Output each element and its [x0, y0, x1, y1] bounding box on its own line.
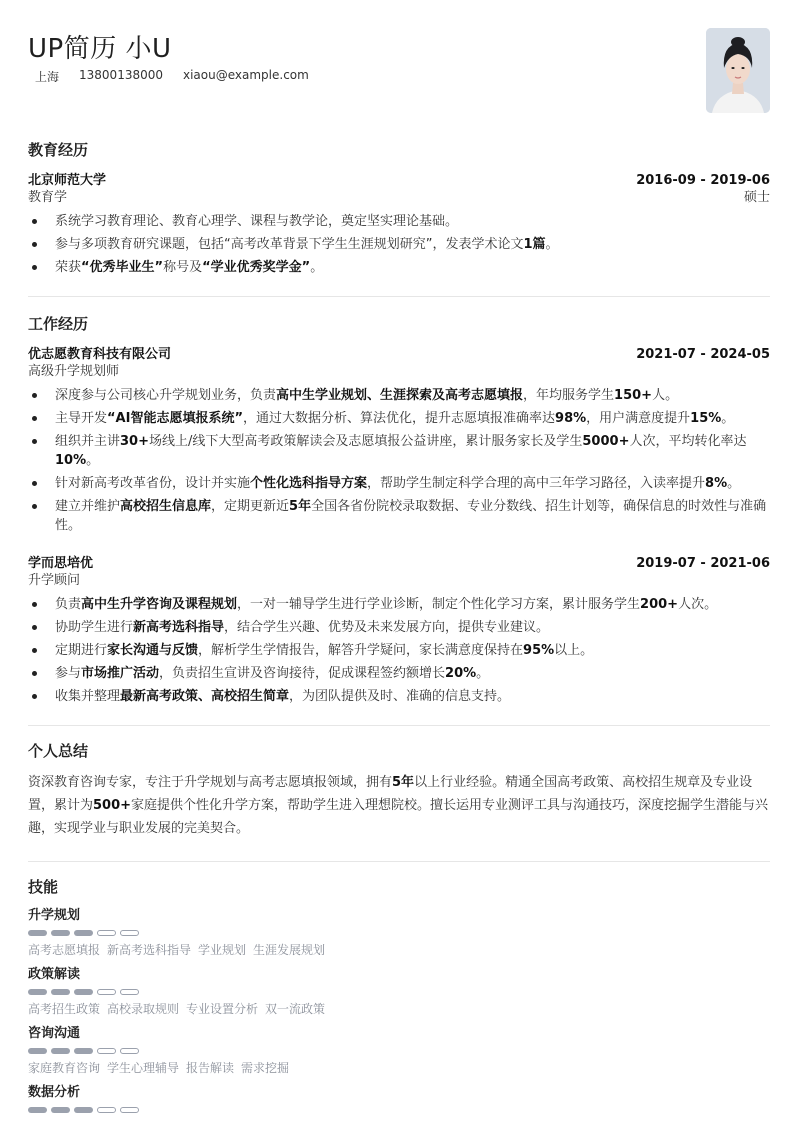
skill-tag: 生涯发展规划	[253, 942, 325, 958]
level-pill-filled	[28, 930, 47, 936]
email: xiaou@example.com	[183, 68, 309, 85]
bold-text: 家长沟通与反馈	[107, 643, 198, 658]
bullet-item: 荣获“优秀毕业生”称号及“学业优秀奖学金”。	[28, 258, 770, 277]
skill-tag: 家庭教育咨询	[28, 1060, 100, 1076]
level-pill-filled	[28, 989, 47, 995]
bold-text: 30+	[120, 434, 149, 449]
section-title-skills: 技能	[28, 875, 770, 899]
bold-text: 10%	[55, 453, 86, 468]
bold-text: 5年	[392, 775, 414, 790]
text-run: ，负责招生宣讲及咨询接待，促成课程签约额增长	[159, 666, 445, 681]
entry-header: 北京师范大学2016-09 - 2019-06	[28, 172, 770, 189]
divider	[28, 725, 770, 726]
level-pill-filled	[51, 1107, 70, 1113]
date-range: 2021-07 - 2024-05	[636, 346, 770, 363]
level-pill-empty	[97, 1107, 116, 1113]
bullet-item: 收集并整理最新高考政策、高校招生简章，为团队提供及时、准确的信息支持。	[28, 687, 770, 706]
level-pill-filled	[51, 930, 70, 936]
bullet-list: 系统学习教育理论、教育心理学、课程与教学论，奠定坚实理论基础。参与多项教育研究课…	[28, 212, 770, 277]
skill-item: 政策解读高考招生政策高校录取规则专业设置分析双一流政策	[28, 966, 770, 1017]
skill-name: 升学规划	[28, 907, 770, 925]
bullet-item: 协助学生进行新高考选科指导，结合学生兴趣、优势及未来发展方向，提供专业建议。	[28, 618, 770, 637]
bold-text: “AI智能志愿填报系统”	[107, 411, 243, 426]
summary-section: 个人总结 资深教育咨询专家，专注于升学规划与高考志愿填报领域，拥有5年以上行业经…	[28, 739, 770, 840]
text-run: 负责	[55, 597, 81, 612]
bold-text: 最新高考政策、高校招生简章	[120, 689, 289, 704]
level-pill-empty	[97, 1048, 116, 1054]
job-title-label: 升学顾问	[28, 573, 80, 588]
level-pill-filled	[74, 989, 93, 995]
divider	[28, 861, 770, 862]
section-title-summary: 个人总结	[28, 739, 770, 763]
bold-text: 5000+	[582, 434, 629, 449]
text-run: 称号及	[163, 260, 202, 275]
level-pill-filled	[51, 989, 70, 995]
bullet-item: 主导开发“AI智能志愿填报系统”，通过大数据分析、算法优化，提升志愿填报准确率达…	[28, 409, 770, 428]
text-run: ，年均服务学生	[523, 388, 614, 403]
text-run: 参与	[55, 666, 81, 681]
entry-header: 优志愿教育科技有限公司2021-07 - 2024-05	[28, 346, 770, 363]
major: 教育学硕士	[28, 189, 770, 206]
level-pill-filled	[28, 1107, 47, 1113]
text-run: ，一对一辅导学生进行学业诊断，制定个性化学习方案，累计服务学生	[237, 597, 640, 612]
work-section: 工作经历 优志愿教育科技有限公司2021-07 - 2024-05高级升学规划师…	[28, 312, 770, 706]
skill-item: 升学规划高考志愿填报新高考选科指导学业规划生涯发展规划	[28, 907, 770, 958]
text-run: ，为团队提供及时、准确的信息支持。	[289, 689, 510, 704]
skill-level-bar	[28, 989, 770, 995]
skill-tag: 高考招生政策	[28, 1001, 100, 1017]
level-pill-empty	[97, 930, 116, 936]
date-range: 2016-09 - 2019-06	[636, 172, 770, 189]
summary-text: 资深教育咨询专家，专注于升学规划与高考志愿填报领域，拥有5年以上行业经验。精通全…	[28, 771, 770, 840]
text-run: 荣获	[55, 260, 81, 275]
bold-text: 15%	[690, 411, 721, 426]
skill-level-bar	[28, 1048, 770, 1054]
bold-text: 市场推广活动	[81, 666, 159, 681]
level-pill-filled	[74, 930, 93, 936]
level-pill-filled	[74, 1048, 93, 1054]
bold-text: 高中生升学咨询及课程规划	[81, 597, 237, 612]
education-entry: 北京师范大学2016-09 - 2019-06教育学硕士系统学习教育理论、教育心…	[28, 172, 770, 277]
skill-tag: 新高考选科指导	[107, 942, 191, 958]
text-run: 家庭提供个性化升学方案，帮助学生进入理想院校。擅长运用专业测评工具与沟通技巧，深…	[28, 798, 768, 836]
skill-tag: 学生心理辅导	[107, 1060, 179, 1076]
bullet-item: 参与市场推广活动，负责招生宣讲及咨询接待，促成课程签约额增长20%。	[28, 664, 770, 683]
bold-text: 200+	[640, 597, 678, 612]
skill-tag: 报告解读	[186, 1060, 234, 1076]
entry-header: 学而思培优2019-07 - 2021-06	[28, 555, 770, 572]
resume-page: UP简历 小U 上海 13800138000 xiaou@example.com…	[28, 0, 770, 1113]
text-run: 建立并维护	[55, 499, 120, 514]
level-pill-empty	[120, 1048, 139, 1054]
text-run: 协助学生进行	[55, 620, 133, 635]
text-run: 深度参与公司核心升学规划业务，负责	[55, 388, 276, 403]
bold-text: 150+	[614, 388, 652, 403]
text-run: 。	[476, 666, 489, 681]
level-pill-empty	[120, 1107, 139, 1113]
skill-item: 咨询沟通家庭教育咨询学生心理辅导报告解读需求挖掘	[28, 1025, 770, 1076]
resume-header: UP简历 小U 上海 13800138000 xiaou@example.com	[28, 0, 770, 130]
text-run: 系统学习教育理论、教育心理学、课程与教学论，奠定坚实理论基础。	[55, 214, 458, 229]
skill-tags: 高考志愿填报新高考选科指导学业规划生涯发展规划	[28, 942, 770, 958]
level-pill-empty	[120, 930, 139, 936]
text-run: ，帮助学生制定科学合理的高中三年学习路径，入读率提升	[367, 476, 705, 491]
bold-text: 20%	[445, 666, 476, 681]
education-section: 教育经历 北京师范大学2016-09 - 2019-06教育学硕士系统学习教育理…	[28, 138, 770, 277]
text-run: 收集并整理	[55, 689, 120, 704]
skill-tag: 高考志愿填报	[28, 942, 100, 958]
skill-tag: 双一流政策	[265, 1001, 325, 1017]
skill-item: 数据分析	[28, 1084, 770, 1113]
level-pill-empty	[120, 989, 139, 995]
bullet-list: 深度参与公司核心升学规划业务，负责高中生学业规划、生涯探索及高考志愿填报，年均服…	[28, 386, 770, 535]
bold-text: 500+	[93, 798, 131, 813]
bullet-item: 定期进行家长沟通与反馈，解析学生学情报告，解答升学疑问，家长满意度保持在95%以…	[28, 641, 770, 660]
bold-text: 高中生学业规划、生涯探索及高考志愿填报	[276, 388, 523, 403]
text-run: 资深教育咨询专家，专注于升学规划与高考志愿填报领域，拥有	[28, 775, 392, 790]
bold-text: 1篇	[523, 237, 545, 252]
skill-tag: 专业设置分析	[186, 1001, 258, 1017]
bullet-item: 深度参与公司核心升学规划业务，负责高中生学业规划、生涯探索及高考志愿填报，年均服…	[28, 386, 770, 405]
divider	[28, 296, 770, 297]
bullet-list: 负责高中生升学咨询及课程规划，一对一辅导学生进行学业诊断，制定个性化学习方案，累…	[28, 595, 770, 706]
portrait-icon	[706, 28, 770, 113]
bullet-item: 针对新高考改革省份，设计并实施个性化选科指导方案，帮助学生制定科学合理的高中三年…	[28, 474, 770, 493]
contact-info: 上海 13800138000 xiaou@example.com	[35, 68, 309, 85]
text-run: ，定期更新近	[211, 499, 289, 514]
text-run: 参与多项教育研究课题，包括“高考改革背景下学生生涯规划研究”，发表学术论文	[55, 237, 523, 252]
phone: 13800138000	[79, 68, 163, 85]
section-title-education: 教育经历	[28, 138, 770, 162]
text-run: 。	[727, 476, 740, 491]
text-run: 人次。	[678, 597, 717, 612]
bullet-item: 建立并维护高校招生信息库，定期更新近5年全国各省份院校录取数据、专业分数线、招生…	[28, 497, 770, 535]
bold-text: 95%	[523, 643, 554, 658]
text-run: 。	[546, 237, 559, 252]
location: 上海	[35, 68, 59, 85]
candidate-name: UP简历 小U	[28, 28, 172, 65]
skill-tag: 学业规划	[198, 942, 246, 958]
skill-name: 咨询沟通	[28, 1025, 770, 1043]
bold-text: “学业优秀奖学金”	[202, 260, 310, 275]
bold-text: 98%	[555, 411, 586, 426]
text-run: 。	[86, 453, 99, 468]
level-pill-filled	[74, 1107, 93, 1113]
work-entry: 学而思培优2019-07 - 2021-06升学顾问负责高中生升学咨询及课程规划…	[28, 555, 770, 706]
work-entry: 优志愿教育科技有限公司2021-07 - 2024-05高级升学规划师深度参与公…	[28, 346, 770, 535]
skill-tag: 需求挖掘	[241, 1060, 289, 1076]
bold-text: 个性化选科指导方案	[250, 476, 367, 491]
profile-photo	[706, 28, 770, 113]
job-title: 高级升学规划师	[28, 363, 770, 380]
skill-tag: 高校录取规则	[107, 1001, 179, 1017]
text-run: 主导开发	[55, 411, 107, 426]
text-run: ，通过大数据分析、算法优化，提升志愿填报准确率达	[243, 411, 555, 426]
bullet-item: 系统学习教育理论、教育心理学、课程与教学论，奠定坚实理论基础。	[28, 212, 770, 231]
bullet-item: 组织并主讲30+场线上/线下大型高考政策解读会及志愿填报公益讲座，累计服务家长及…	[28, 432, 770, 470]
date-range: 2019-07 - 2021-06	[636, 555, 770, 572]
text-run: ，用户满意度提升	[586, 411, 690, 426]
bold-text: 高校招生信息库	[120, 499, 211, 514]
text-run: 场线上/线下大型高考政策解读会及志愿填报公益讲座，累计服务家长及学生	[149, 434, 582, 449]
text-run: 人。	[652, 388, 678, 403]
text-run: 组织并主讲	[55, 434, 120, 449]
text-run: 定期进行	[55, 643, 107, 658]
text-run: 人次，平均转化率达	[629, 434, 746, 449]
skill-tags: 高考招生政策高校录取规则专业设置分析双一流政策	[28, 1001, 770, 1017]
skill-tags: 家庭教育咨询学生心理辅导报告解读需求挖掘	[28, 1060, 770, 1076]
text-run: 。	[721, 411, 734, 426]
level-pill-empty	[97, 989, 116, 995]
job-title: 升学顾问	[28, 572, 770, 589]
bullet-item: 负责高中生升学咨询及课程规划，一对一辅导学生进行学业诊断，制定个性化学习方案，累…	[28, 595, 770, 614]
skill-level-bar	[28, 1107, 770, 1113]
section-title-work: 工作经历	[28, 312, 770, 336]
skill-name: 数据分析	[28, 1084, 770, 1102]
text-run: 针对新高考改革省份，设计并实施	[55, 476, 250, 491]
major-label: 教育学	[28, 190, 67, 205]
skill-name: 政策解读	[28, 966, 770, 984]
degree: 硕士	[744, 189, 770, 206]
text-run: ，解析学生学情报告，解答升学疑问，家长满意度保持在	[198, 643, 523, 658]
job-title-label: 高级升学规划师	[28, 364, 119, 379]
text-run: 。	[310, 260, 323, 275]
level-pill-filled	[51, 1048, 70, 1054]
bold-text: “优秀毕业生”	[81, 260, 163, 275]
bold-text: 5年	[289, 499, 311, 514]
bold-text: 8%	[705, 476, 727, 491]
text-run: ，结合学生兴趣、优势及未来发展方向，提供专业建议。	[224, 620, 549, 635]
bold-text: 新高考选科指导	[133, 620, 224, 635]
skills-section: 技能 升学规划高考志愿填报新高考选科指导学业规划生涯发展规划政策解读高考招生政策…	[28, 875, 770, 1113]
bullet-item: 参与多项教育研究课题，包括“高考改革背景下学生生涯规划研究”，发表学术论文1篇。	[28, 235, 770, 254]
level-pill-filled	[28, 1048, 47, 1054]
skill-level-bar	[28, 930, 770, 936]
text-run: 以上。	[554, 643, 593, 658]
